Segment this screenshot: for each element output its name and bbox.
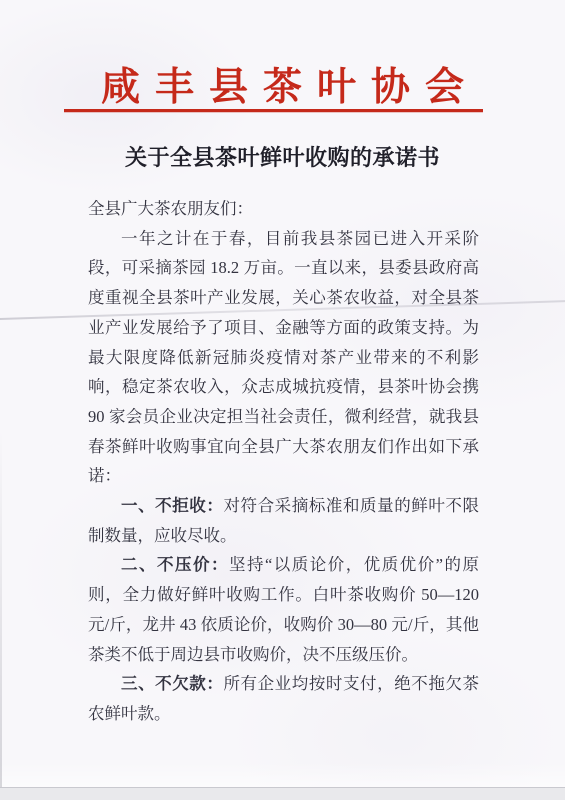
association-name-header: 咸丰县茶叶协会: [0, 68, 565, 107]
paper-bottom-edge: [0, 787, 565, 800]
paragraph-text: 全县广大茶农朋友们：: [88, 199, 253, 218]
header-underline-rule: [64, 109, 483, 112]
paper-bottom-highlight: [0, 762, 565, 787]
scanned-document-page: 咸丰县茶叶协会 关于全县茶叶鲜叶收购的承诺书 全县广大茶农朋友们：一年之计在于春…: [0, 0, 565, 800]
paragraph-emphasis: 二、不压价：: [121, 555, 229, 574]
paragraph: 一年之计在于春，目前我县茶园已进入开采阶段，可采摘茶园 18.2 万亩。一直以来…: [88, 224, 479, 491]
document-title: 关于全县茶叶鲜叶收购的承诺书: [0, 145, 565, 171]
paragraph: 三、不欠款：所有企业均按时支付，绝不拖欠茶农鲜叶款。: [88, 669, 479, 728]
paragraph: 全县广大茶农朋友们：: [88, 194, 479, 224]
document-body: 全县广大茶农朋友们：一年之计在于春，目前我县茶园已进入开采阶段，可采摘茶园 18…: [88, 194, 479, 729]
paragraph-emphasis: 一、不拒收：: [121, 496, 223, 515]
paragraph-text: 一年之计在于春，目前我县茶园已进入开采阶段，可采摘茶园 18.2 万亩。一直以来…: [88, 229, 479, 486]
paragraph: 一、不拒收：对符合采摘标准和质量的鲜叶不限制数量，应收尽收。: [88, 491, 479, 550]
paper-left-edge-shadow: [0, 430, 2, 787]
paragraph-emphasis: 三、不欠款：: [121, 674, 223, 693]
paragraph: 二、不压价：坚持“以质论价，优质优价”的原则，全力做好鲜叶收购工作。白叶茶收购价…: [88, 550, 479, 669]
